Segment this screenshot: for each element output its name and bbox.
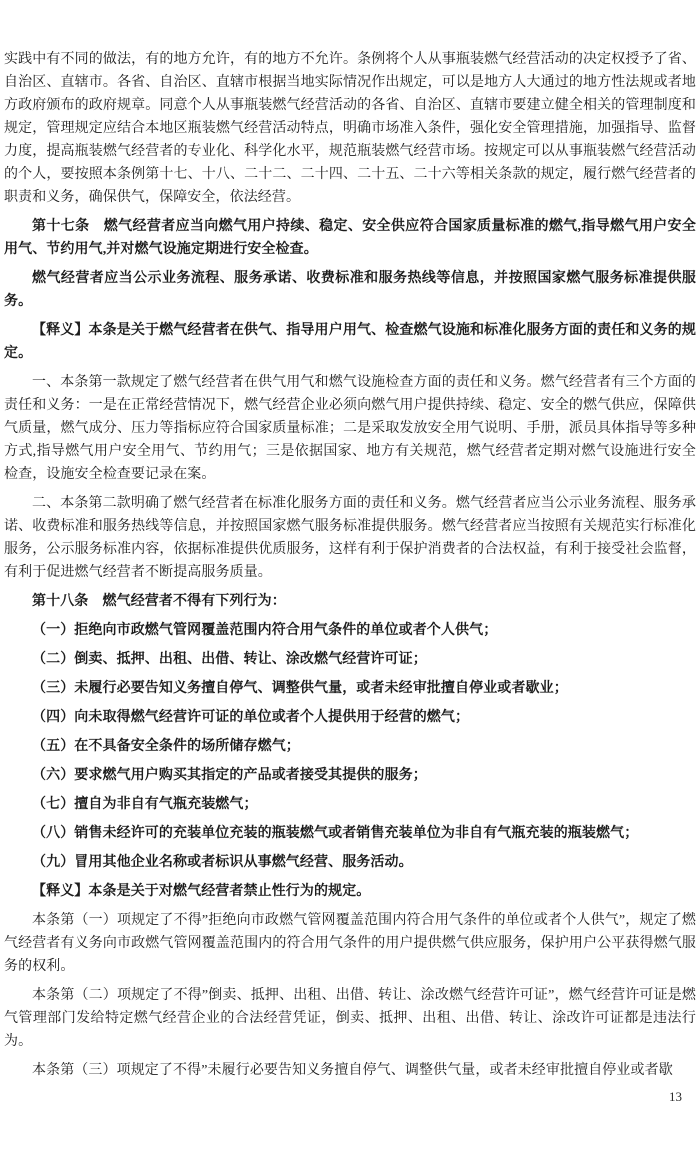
article-18-item-9: （九）冒用其他企业名称或者标识从事燃气经营、服务活动。 [4,851,696,874]
article-18-commentary-3: 本条第（三）项规定了不得”未履行必要告知义务擅自停气、调整供气量，或者未经审批擅… [4,1059,696,1082]
article-18-heading: 第十八条 燃气经营者不得有下列行为： [4,590,696,613]
article-18-item-1: （一）拒绝向市政燃气管网覆盖范围内符合用气条件的单位或者个人供气； [4,619,696,642]
article-17-commentary-1: 一、本条第一款规定了燃气经营者在供气用气和燃气设施检查方面的责任和义务。燃气经营… [4,371,696,486]
article-18-item-4: （四）向未取得燃气经营许可证的单位或者个人提供用于经营的燃气； [4,706,696,729]
page-number: 13 [4,1088,696,1106]
article-18-annotation: 【释义】本条是关于对燃气经营者禁止性行为的规定。 [4,880,696,903]
article-18-commentary-2: 本条第（二）项规定了不得”倒卖、抵押、出租、出借、转让、涂改燃气经营许可证”，燃… [4,984,696,1053]
article-18-commentary-1: 本条第（一）项规定了不得”拒绝向市政燃气管网覆盖范围内符合用气条件的单位或者个人… [4,909,696,978]
article-17-clause-2: 燃气经营者应当公示业务流程、服务承诺、收费标准和服务热线等信息，并按照国家燃气服… [4,267,696,313]
article-18-item-8: （八）销售未经许可的充装单位充装的瓶装燃气或者销售充装单位为非自有气瓶充装的瓶装… [4,822,696,845]
article-18-item-7: （七）擅自为非自有气瓶充装燃气； [4,793,696,816]
article-18-item-2: （二）倒卖、抵押、出租、出借、转让、涂改燃气经营许可证； [4,648,696,671]
article-17-commentary-2: 二、本条第二款明确了燃气经营者在标准化服务方面的责任和义务。燃气经营者应当公示业… [4,492,696,584]
article-18-item-6: （六）要求燃气用户购买其指定的产品或者接受其提供的服务； [4,764,696,787]
article-17-clause-1: 第十七条 燃气经营者应当向燃气用户持续、稳定、安全供应符合国家质量标准的燃气,指… [4,215,696,261]
article-18-item-5: （五）在不具备安全条件的场所储存燃气； [4,735,696,758]
article-17-annotation: 【释义】本条是关于燃气经营者在供气、指导用户用气、检查燃气设施和标准化服务方面的… [4,319,696,365]
article-18-item-3: （三）未履行必要告知义务擅自停气、调整供气量，或者未经审批擅自停业或者歇业； [4,677,696,700]
document-page: 实践中有不同的做法，有的地方允许，有的地方不允许。条例将个人从事瓶装燃气经营活动… [0,0,700,1160]
commentary-continuation-paragraph: 实践中有不同的做法，有的地方允许，有的地方不允许。条例将个人从事瓶装燃气经营活动… [4,48,696,209]
